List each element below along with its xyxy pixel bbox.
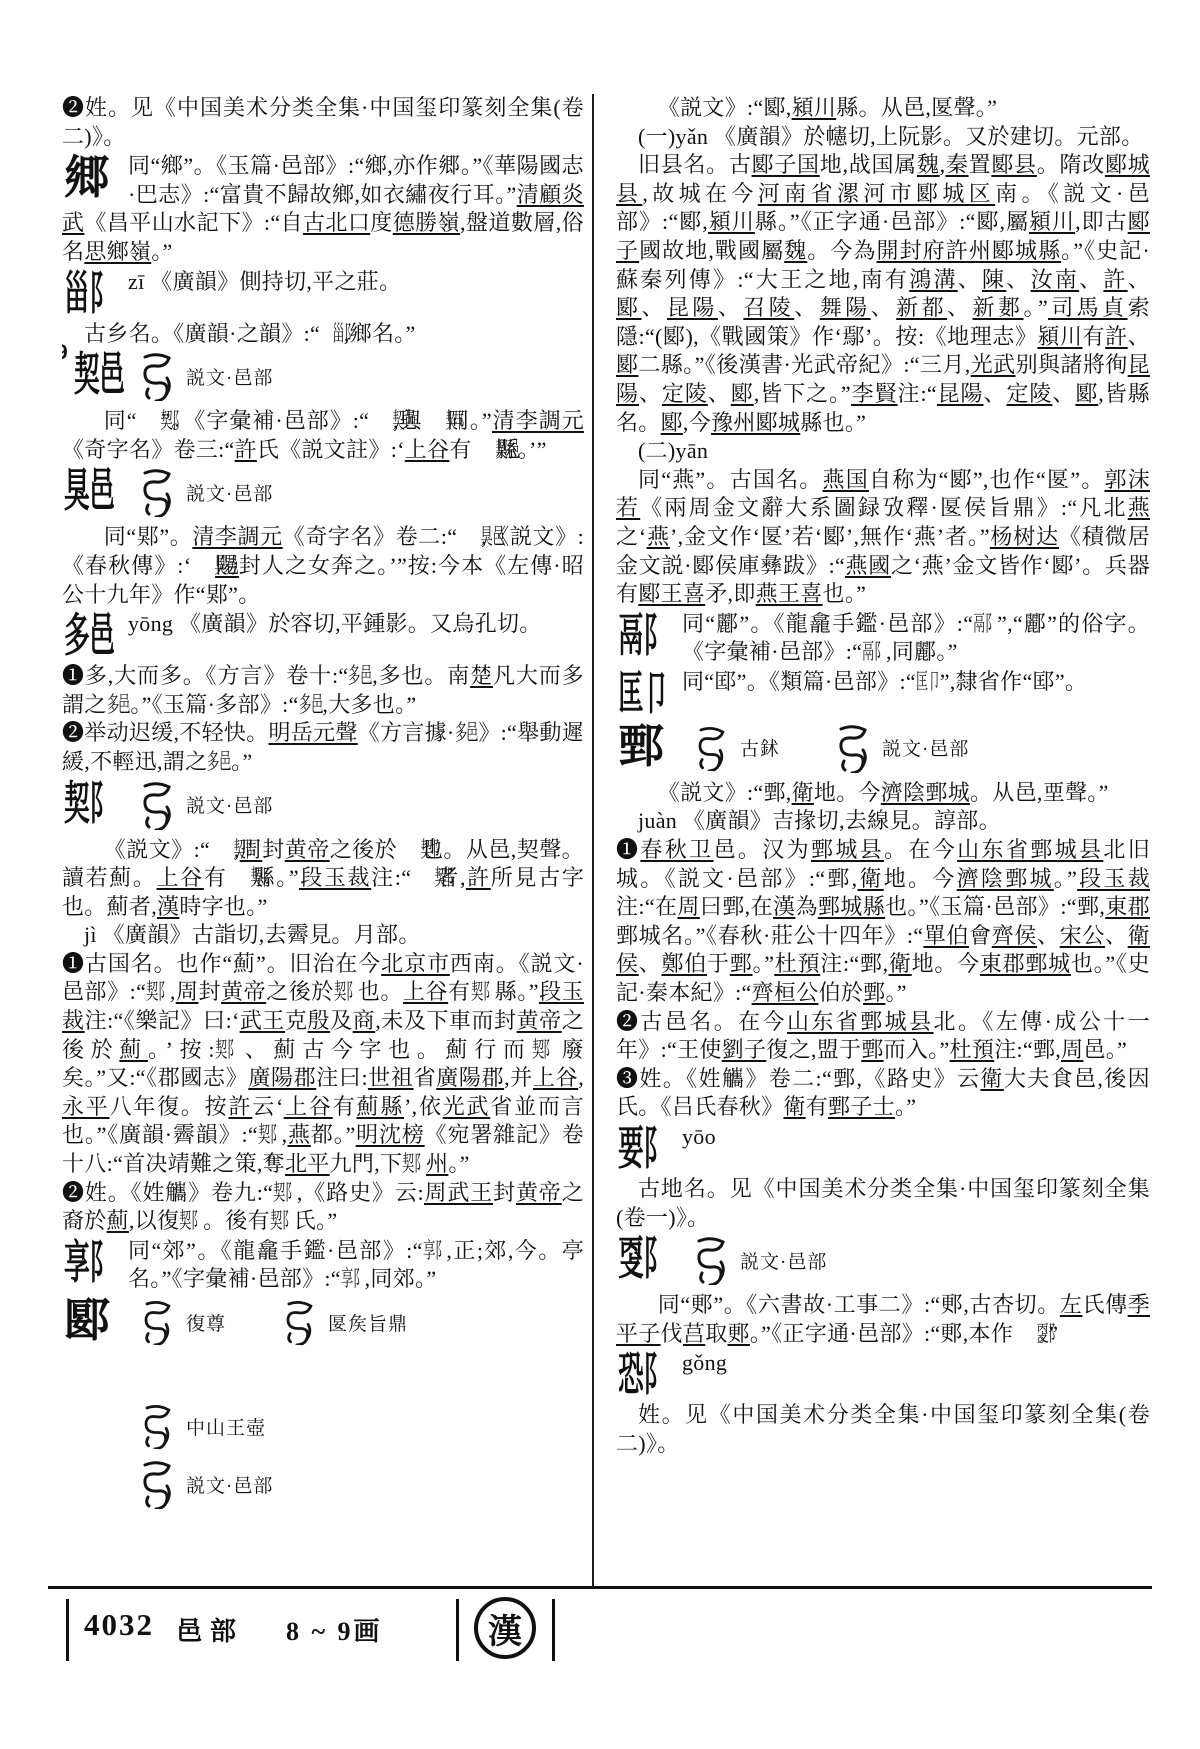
proper-noun-underline: 段玉裁 [299, 865, 371, 890]
proper-noun-underline: 召陵 [743, 295, 794, 320]
composed-glyph: 甾阝 [320, 320, 344, 349]
proper-noun-underline: 單伯 [923, 923, 969, 948]
composed-glyph: 契邑 [74, 349, 126, 401]
proper-noun-underline: 舞陽 [820, 295, 871, 320]
proper-noun-underline: 河南省漯河市郾城区 [758, 181, 995, 206]
proper-noun-underline: 楚 [470, 663, 493, 688]
entry-headword: 恐阝 [616, 1349, 682, 1401]
form-caption: 説文·邑部 [186, 1471, 273, 1498]
proper-noun-underline: 段玉裁 [1077, 866, 1150, 891]
entry-headword: 享阝 [62, 1237, 128, 1289]
proper-noun-underline: 郾子国 [752, 152, 820, 177]
proper-noun-underline: 燕王喜 [756, 581, 823, 606]
dict-entry: 郾 復尊 匽矦旨鼎 中山王壺 説文·邑部 [62, 1295, 584, 1515]
ancient-form-row: 説文·邑部 [692, 1235, 1150, 1285]
proper-noun-underline: 潁川 [792, 95, 837, 120]
proper-noun-underline: 鴻溝 [909, 267, 958, 292]
dict-entry: 契阝 説文·邑部 《説文》:“契阝,周封黄帝之後於契阝也。从邑,契聲。讀若薊。上… [62, 778, 584, 1236]
composed-glyph: 契阝 [411, 864, 435, 893]
proper-noun-underline: 上谷 [157, 865, 204, 890]
proper-noun-underline: 思鄉嶺 [84, 239, 151, 264]
paragraph: 旧县名。古郾子国地,战国属魏,秦置郾县。隋改郾城县,故城在今河南省漯河市郾城区南… [616, 151, 1150, 437]
composed-glyph: 㪅阝 [1013, 1320, 1037, 1349]
composed-glyph: 多邑 [455, 719, 479, 748]
paragraph: ❶多,大而多。《方言》卷十:“多邑,多也。南楚凡大而多謂之多邑。”《玉篇·多部》… [62, 662, 584, 719]
proper-noun-underline: 鄄 [863, 980, 885, 1005]
proper-noun-underline: 莒 [683, 1321, 705, 1346]
proper-noun-underline: 汝南 [1031, 267, 1080, 292]
right-column: 《説文》:“郾,潁川縣。从邑,匽聲。”(一)yǎn 《廣韻》於幰切,上阮影。又於… [592, 94, 1150, 1586]
form-caption: 中山王壺 [186, 1413, 266, 1440]
ancient-form: 匽矦旨鼎 [280, 1297, 408, 1347]
proper-noun-underline: 燕國 [845, 553, 891, 578]
dictionary-page: ❷姓。见《中国美术分类全集·中国玺印篆刻全集(卷二)》。 郷 同“鄉”。《玉篇·… [0, 0, 1200, 1749]
proper-noun-underline: 齊侯 [992, 923, 1037, 948]
paragraph: ❷姓。见《中国美术分类全集·中国玺印篆刻全集(卷二)》。 [62, 94, 584, 151]
entry-body: 同“郊”。《龍龕手鑑·邑部》:“享阝,正;郊,今。亭名。”《字彙補·邑部》:“享… [62, 1237, 584, 1294]
entry-headword: 狊邑 [62, 465, 128, 517]
proper-noun-underline: 山东省鄄城县 [957, 837, 1103, 862]
proper-noun-underline: 許 [1103, 267, 1127, 292]
seal-script-glyph [138, 780, 176, 830]
seal-script-glyph [138, 351, 176, 401]
proper-noun-underline: 沈榜 [379, 1122, 425, 1147]
proper-noun-underline: 黄帝 [517, 1008, 562, 1033]
paragraph: (一)yǎn 《廣韻》於幰切,上阮影。又於建切。元部。 [616, 123, 1150, 152]
composed-glyph: 契阝 [273, 1179, 297, 1208]
proper-noun-underline: 東郡鄄城 [980, 951, 1071, 976]
proper-noun-underline: 濟陰鄄城 [881, 780, 970, 805]
form-caption: 説文·邑部 [186, 363, 273, 390]
proper-noun-underline: 魏 [784, 238, 807, 263]
proper-noun-underline: 北京市 [381, 951, 450, 976]
ancient-script-forms: 復尊 匽矦旨鼎 中山王壺 説文·邑部 [138, 1295, 584, 1515]
proper-noun-underline: 東郡 [1105, 894, 1150, 919]
ancient-form-row: 説文·邑部 [138, 467, 584, 517]
paragraph: yōo [616, 1123, 1150, 1175]
proper-noun-underline: 清 [517, 182, 540, 207]
ancient-form: 説文·邑部 [138, 1459, 273, 1509]
proper-noun-underline: 鄭伯 [662, 951, 708, 976]
entry-body: 《説文》:“鄄,衛地。今濟陰鄄城。从邑,垔聲。”juàn 《廣韻》吉掾切,去線見… [616, 779, 1150, 1122]
dict-entry: 匡卩 同“邼”。《類篇·邑部》:“匡卩”,隸省作“邼”。 [616, 668, 1150, 720]
paragraph: gǒng [616, 1349, 1150, 1401]
paragraph: 同“鄉”。《玉篇·邑部》:“鄉,亦作郷。”《華陽國志·巴志》:“富貴不歸故鄉,如… [62, 152, 584, 266]
proper-noun-underline: 杜預 [950, 1037, 995, 1062]
form-caption: 復尊 [186, 1309, 226, 1336]
proper-noun-underline: 濟陰鄄城 [957, 866, 1054, 891]
composed-glyph: 㪅阝 [618, 1233, 670, 1285]
proper-noun-underline: 定陵 [1006, 381, 1052, 406]
ancient-form: 説文·邑部 [138, 467, 273, 517]
entry-headword: 匡卩 [616, 668, 682, 720]
proper-noun-underline: 周 [677, 894, 699, 919]
form-caption: 説文·邑部 [740, 1247, 827, 1274]
proper-noun-underline: 李調元 [215, 524, 283, 549]
proper-noun-underline: 杜預 [774, 951, 820, 976]
proper-noun-underline: 定陵 [662, 381, 708, 406]
dict-entry: 鄄 古鉥 説文·邑部 《説文》:“鄄,衛地。今濟陰鄄城。从邑,垔聲。”juàn … [616, 721, 1150, 1122]
proper-noun-underline: 卫 [689, 837, 713, 862]
form-caption: 説文·邑部 [882, 734, 969, 761]
proper-noun-underline: 許 [235, 437, 257, 462]
ancient-form-row: 説文·邑部 [138, 351, 584, 401]
paragraph: 同“契阝”。《字彙補·邑部》:“契邑,與契阝同。”清李調元《奇字名》卷三:“許氏… [62, 407, 584, 464]
entry-body: 同“郹”。清李調元《奇字名》卷二:“狊邑,《説文》:《春秋傳》:‘狊邑陽封人之女… [62, 523, 584, 609]
proper-noun-underline: 郾王喜 [638, 581, 705, 606]
form-caption: 説文·邑部 [186, 791, 273, 818]
proper-noun-underline: 郾 [661, 410, 683, 435]
composed-glyph: 匡卩 [916, 668, 940, 697]
entry-body: 同“郠”。《六書故·工事二》:“郠,古杏切。左氏傳季平子伐莒取郠。”《正字通·邑… [616, 1291, 1150, 1348]
composed-glyph: 鬲阝 [862, 638, 886, 667]
paragraph: 同“郊”。《龍龕手鑑·邑部》:“享阝,正;郊,今。亭名。”《字彙補·邑部》:“享… [62, 1237, 584, 1294]
proper-noun-underline: 郭沫若 [616, 467, 1150, 521]
entry-body: 同“邼”。《類篇·邑部》:“匡卩”,隸省作“邼”。 [616, 668, 1150, 720]
proper-noun-underline: 漢 [157, 894, 179, 919]
composed-glyph: 契邑 [369, 407, 393, 436]
dict-entry: 要阝 yōo古地名。见《中国美术分类全集·中国玺印篆刻全集(卷一)》。 [616, 1123, 1150, 1232]
entry-body: zī 《廣韻》側持切,平之莊。古乡名。《廣韻·之韻》:“甾阝,鄉名。” [62, 268, 584, 349]
seal-script-glyph [834, 723, 872, 773]
ancient-form: 説文·邑部 [834, 723, 969, 773]
proper-noun-underline: 左 [1060, 1292, 1083, 1317]
proper-noun-underline: 李賢 [851, 381, 898, 406]
composed-glyph: 享阝 [341, 1265, 365, 1294]
proper-noun-underline: 上谷 [284, 1094, 333, 1119]
paragraph: 同“邼”。《類篇·邑部》:“匡卩”,隸省作“邼”。 [616, 668, 1150, 720]
paragraph: juàn 《廣韻》吉掾切,去線見。諄部。 [616, 807, 1150, 836]
entry-headword: 要阝 [616, 1123, 682, 1175]
composed-glyph: 契邑 [472, 436, 496, 465]
proper-noun-underline: 陳 [982, 267, 1006, 292]
ancient-script-forms: 説文·邑部 [138, 778, 584, 836]
proper-noun-underline: 宋公 [1060, 923, 1105, 948]
composed-glyph: 多邑 [207, 748, 231, 777]
composed-glyph: 狊邑 [457, 523, 481, 552]
paragraph: jì 《廣韻》古詣切,去霽見。月部。 [62, 921, 584, 950]
proper-noun-underline: 許 [1105, 324, 1128, 349]
proper-noun-underline: 黄帝 [285, 837, 330, 862]
paragraph: 同“郠”。《六書故·工事二》:“郠,古杏切。左氏傳季平子伐莒取郠。”《正字通·邑… [616, 1291, 1150, 1348]
entry-body: yōo古地名。见《中国美术分类全集·中国玺印篆刻全集(卷一)》。 [616, 1123, 1150, 1232]
ancient-form: 中山王壺 [138, 1401, 266, 1451]
ancient-form-row: 説文·邑部 [138, 1459, 584, 1509]
composed-glyph: 多邑 [64, 610, 116, 662]
composed-glyph: 享阝 [423, 1237, 447, 1266]
ancient-script-forms: 説文·邑部 [692, 1233, 1150, 1291]
composed-glyph: 契阝 [422, 407, 446, 436]
proper-noun-underline: 郾 [616, 352, 638, 377]
paragraph: ❸姓。《姓觿》卷二:“鄄,《路史》云衛大夫食邑,後因氏。《吕氏春秋》衛有鄄子士。… [616, 1065, 1150, 1122]
dict-entry: 狊邑 説文·邑部 同“郹”。清李調元《奇字名》卷二:“狊邑,《説文》:《春秋傳》… [62, 465, 584, 609]
dict-entry: 恐阝 gǒng姓。见《中国美术分类全集·中国玺印篆刻全集(卷二)》。 [616, 1349, 1150, 1458]
stroke-range-label: 8 ~ 9画 [286, 1611, 383, 1648]
paragraph: 同“燕”。古国名。燕国自称为“郾”,也作“匽”。郭沫若《兩周金文辭大系圖録攷釋·… [616, 466, 1150, 609]
footer-tick-left [66, 1599, 69, 1661]
proper-noun-underline: 豫州郾城 [711, 410, 800, 435]
dict-entry: 㪅阝 説文·邑部 同“郠”。《六書故·工事二》:“郠,古杏切。左氏傳季平子伐莒取… [616, 1233, 1150, 1348]
paragraph: ❶春秋卫邑。汉为鄄城县。在今山东省鄄城县北旧城。《説文·邑部》:“鄄,衛地。今濟… [616, 836, 1150, 1008]
proper-noun-underline: 狊邑陽 [191, 553, 239, 578]
radical-label: 邑部 [176, 1611, 244, 1648]
paragraph: 同“酈”。《龍龕手鑑·邑部》:“鬲阝”,“酈”的俗字。《字彙補·邑部》:“鬲阝,… [616, 610, 1150, 667]
proper-noun-underline: 潁川 [708, 209, 755, 234]
ancient-form: 説文·邑部 [138, 351, 273, 401]
dict-entry: 郷 同“鄉”。《玉篇·邑部》:“鄉,亦作郷。”《華陽國志·巴志》:“富貴不歸故鄉… [62, 152, 584, 266]
entry-headword: 㪅阝 [616, 1233, 682, 1285]
proper-noun-underline: 鄄城縣 [818, 894, 885, 919]
dict-entry: 甾阝 zī 《廣韻》側持切,平之莊。古乡名。《廣韻·之韻》:“甾阝,鄉名。” [62, 268, 584, 349]
form-caption: 説文·邑部 [186, 479, 273, 506]
composed-glyph: 甾阝 [64, 268, 116, 320]
composed-glyph: 多邑 [107, 691, 131, 720]
page-content: ❷姓。见《中国美术分类全集·中国玺印篆刻全集(卷二)》。 郷 同“鄉”。《玉篇·… [62, 94, 1150, 1586]
entry-headword: 甾阝 [62, 268, 128, 320]
proper-noun-underline: 許 [466, 865, 491, 890]
proper-noun-underline: 清 [492, 408, 516, 433]
proper-noun-underline: 郾县 [991, 152, 1036, 177]
entry-body: gǒng姓。见《中国美术分类全集·中国玺印篆刻全集(卷二)》。 [616, 1349, 1150, 1458]
paragraph: ❷古邑名。在今山东省鄄城县北。《左傳·成公十一年》:“王使劉子復之,盟于鄄而入。… [616, 1008, 1150, 1065]
bronze-inscription-glyph [138, 1298, 175, 1346]
proper-noun-underline: 開封府許州郾城縣 [877, 238, 1062, 263]
form-caption: 匽矦旨鼎 [328, 1309, 408, 1336]
proper-noun-underline: 昆陽 [937, 381, 984, 406]
composed-glyph: 契阝 [471, 978, 495, 1007]
entry-body: 同“鄉”。《玉篇·邑部》:“鄉,亦作郷。”《華陽國志·巴志》:“富貴不歸故鄉,如… [62, 152, 584, 266]
paragraph: 《説文》:“郾,潁川縣。从邑,匽聲。” [616, 94, 1150, 123]
composed-glyph: 契阝 [137, 407, 161, 436]
proper-noun-underline: 杨树达 [990, 524, 1059, 549]
proper-noun-underline: 秦 [945, 152, 968, 177]
footer-tick-mid [456, 1599, 459, 1661]
proper-noun-underline: 衛 [980, 1066, 1003, 1091]
paragraph: 姓。见《中国美术分类全集·中国玺印篆刻全集(卷二)》。 [616, 1401, 1150, 1458]
ancient-form-row: 復尊 匽矦旨鼎 中山王壺 [138, 1297, 584, 1451]
page-number: 4032 [84, 1607, 154, 1643]
proper-noun-underline: 漢 [773, 894, 795, 919]
ancient-form: 古鉥 [692, 723, 780, 773]
composed-glyph: 享阝 [64, 1237, 116, 1289]
composed-glyph: 多邑 [299, 691, 323, 720]
dict-entry: 9 契邑 説文·邑部 同“契阝”。《字彙補·邑部》:“契邑,與契阝同。”清李調元… [62, 349, 584, 464]
composed-glyph: 恐阝 [618, 1349, 670, 1401]
proper-noun-underline: 郾 [616, 295, 641, 320]
proper-noun-underline: 許 [228, 1094, 252, 1119]
dict-entry: 鬲阝 同“酈”。《龍龕手鑑·邑部》:“鬲阝”,“酈”的俗字。《字彙補·邑部》:“… [616, 610, 1150, 667]
proper-noun-underline: 潁川 [1029, 209, 1075, 234]
ancient-form: 復尊 [138, 1297, 226, 1347]
entry-body: 同“契阝”。《字彙補·邑部》:“契邑,與契阝同。”清李調元《奇字名》卷三:“許氏… [62, 407, 584, 464]
ancient-script-forms: 説文·邑部 [138, 465, 584, 523]
proper-noun-underline: 廣陽郡 [436, 1065, 504, 1090]
proper-noun-underline: 鄄子士 [828, 1094, 895, 1119]
entry-headword: 多邑 [62, 610, 128, 662]
proper-noun-underline: 李調元 [516, 408, 584, 433]
proper-noun-underline: 古北口 [303, 210, 370, 235]
proper-noun-underline: 司馬貞 [1048, 295, 1128, 320]
paragraph: ❷举动迟缓,不轻快。明岳元聲《方言據·多邑》:“舉動遲緩,不輕迅,謂之多邑。” [62, 719, 584, 776]
left-column: ❷姓。见《中国美术分类全集·中国玺印篆刻全集(卷二)》。 郷 同“鄉”。《玉篇·… [62, 94, 584, 1586]
proper-noun-underline: 鄄 [730, 951, 753, 976]
proper-noun-underline: 薊縣 [356, 1094, 404, 1119]
composed-glyph: 契阝 [402, 1150, 426, 1179]
composed-glyph: 契阝 [227, 864, 251, 893]
bronze-inscription-glyph [692, 724, 729, 772]
proper-noun-underline: 新都 [896, 295, 947, 320]
proper-noun-underline: 燕国 [823, 467, 869, 492]
proper-noun-underline: 魏 [917, 152, 940, 177]
proper-noun-underline: 衛 [857, 866, 883, 891]
entry-headword: 契邑 [72, 349, 138, 401]
composed-glyph: 契阝 [64, 778, 116, 830]
composed-glyph: 契阝 [179, 1207, 203, 1236]
composed-glyph: 鬲阝 [973, 610, 997, 639]
proper-noun-underline: 上谷 [533, 1065, 578, 1090]
ancient-script-forms: 古鉥 説文·邑部 [692, 721, 1150, 779]
paragraph: yōng 《廣韻》於容切,平鍾影。又烏孔切。 [62, 610, 584, 662]
proper-noun-underline: 周 [176, 979, 199, 1004]
paragraph: 《説文》:“契阝,周封黄帝之後於契阝也。从邑,契聲。讀若薊。上谷有契阝縣。”段玉… [62, 836, 584, 922]
proper-noun-underline: 商 [353, 1008, 376, 1033]
composed-glyph: 契阝 [270, 1207, 294, 1236]
proper-noun-underline: 上谷 [405, 437, 450, 462]
proper-noun-underline: 郾 [731, 381, 754, 406]
proper-noun-underline: 昆陽 [667, 295, 718, 320]
proper-noun-underline: 衛 [783, 1094, 805, 1119]
proper-noun-underline: 德勝嶺 [393, 210, 460, 235]
entry-headword: 郾 [62, 1295, 128, 1347]
proper-noun-underline: 新郪 [973, 295, 1024, 320]
dict-entry: 享阝 同“郊”。《龍龕手鑑·邑部》:“享阝,正;郊,今。亭名。”《字彙補·邑部》… [62, 1237, 584, 1294]
proper-noun-underline: 世祖 [368, 1065, 414, 1090]
proper-noun-underline: 齊桓公 [752, 980, 819, 1005]
bronze-inscription-glyph [280, 1298, 317, 1346]
proper-noun-underline: 上谷 [403, 979, 448, 1004]
entry-headword: 郷 [62, 152, 128, 204]
proper-noun-underline: 郠 [728, 1321, 750, 1346]
composed-glyph: 鬲阝 [618, 610, 670, 662]
proper-noun-underline: 鄄 [861, 1037, 883, 1062]
ancient-script-forms: 説文·邑部 [138, 349, 584, 407]
proper-noun-underline: 光武 [971, 352, 1016, 377]
proper-noun-underline: 劉子 [722, 1037, 767, 1062]
proper-noun-underline: 燕 [1128, 495, 1150, 520]
proper-noun-underline: 廣陽郡 [248, 1065, 316, 1090]
proper-noun-underline: 殷 [308, 1008, 331, 1033]
proper-noun-underline: 永平 [62, 1094, 110, 1119]
composed-glyph: 匡卩 [618, 668, 670, 720]
page-footer: 4032 邑部 8 ~ 9画 漢 [48, 1586, 1152, 1681]
composed-glyph: 多邑 [348, 662, 372, 691]
composed-glyph: 契阝 [397, 836, 421, 865]
paragraph: ❶古国名。也作“薊”。旧治在今北京市西南。《説文·邑部》:“契阝,周封黄帝之後於… [62, 950, 584, 1179]
composed-glyph: 契阝 [258, 1121, 282, 1150]
proper-noun-underline: 郾 [1075, 381, 1098, 406]
seal-script-glyph [138, 467, 176, 517]
seal-script-glyph [138, 1459, 176, 1509]
proper-noun-underline: 燕 [287, 1122, 310, 1147]
entry-body: 《説文》:“契阝,周封黄帝之後於契阝也。从邑,契聲。讀若薊。上谷有契阝縣。”段玉… [62, 836, 584, 1236]
ancient-form-row: 説文·邑部 [138, 780, 584, 830]
composed-glyph: 契阝 [146, 978, 170, 1007]
proper-noun-underline: 潁川 [1037, 324, 1082, 349]
paragraph: ❷姓。《姓觿》卷九:“契阝,《路史》云:周武王封黄帝之裔於薊,以復契阝。後有契阝… [62, 1179, 584, 1236]
composed-glyph: 狊邑 [64, 465, 116, 517]
proper-noun-underline: 周 [1061, 1037, 1083, 1062]
proper-noun-underline: 衛 [792, 780, 814, 805]
form-caption: 古鉥 [740, 734, 780, 761]
seal-script-glyph [692, 1235, 730, 1285]
paragraph: 古乡名。《廣韻·之韻》:“甾阝,鄉名。” [62, 320, 584, 349]
proper-noun-underline: 光武 [443, 1094, 491, 1119]
ancient-form: 説文·邑部 [138, 780, 273, 830]
proper-noun-underline: 薊 [107, 1208, 129, 1233]
ancient-form: 説文·邑部 [692, 1235, 827, 1285]
proper-noun-underline: 黄帝 [221, 979, 266, 1004]
entry-headword: 契阝 [62, 778, 128, 830]
proper-noun-underline: 岳元聲 [291, 720, 358, 745]
proper-noun-underline: 北平 [285, 1151, 330, 1176]
proper-noun-underline: 燕 [647, 524, 670, 549]
publisher-seal-logo: 漢 [474, 1597, 536, 1659]
proper-noun-underline: 武王 [240, 1008, 285, 1033]
composed-glyph: 契阝 [210, 836, 234, 865]
proper-noun-underline: 薊 [119, 1037, 148, 1062]
composed-glyph: 契阝 [532, 1036, 556, 1065]
proper-noun-underline: 契阝州 [402, 1151, 448, 1176]
entry-body: yōng 《廣韻》於容切,平鍾影。又烏孔切。❶多,大而多。《方言》卷十:“多邑,… [62, 610, 584, 776]
entry-headword: 鄄 [616, 721, 682, 773]
entry-body: 同“酈”。《龍龕手鑑·邑部》:“鬲阝”,“酈”的俗字。《字彙補·邑部》:“鬲阝,… [616, 610, 1150, 667]
stroke-section-number: 9 [62, 341, 72, 365]
ancient-form-row: 古鉥 説文·邑部 [692, 723, 1150, 773]
proper-noun-underline: 周武王 [424, 1180, 493, 1205]
footer-tick-right [552, 1599, 555, 1661]
paragraph: zī 《廣韻》側持切,平之莊。 [62, 268, 584, 320]
proper-noun-underline: 明 [356, 1122, 379, 1147]
paragraph: 同“郹”。清李調元《奇字名》卷二:“狊邑,《説文》:《春秋傳》:‘狊邑陽封人之女… [62, 523, 584, 609]
proper-noun-underline: 黄帝 [516, 1180, 562, 1205]
proper-noun-underline: 鄄城县 [811, 837, 884, 862]
paragraph: 《説文》:“鄄,衛地。今濟陰鄄城。从邑,垔聲。” [616, 779, 1150, 808]
dict-entry: 多邑 yōng 《廣韻》於容切,平鍾影。又烏孔切。❶多,大而多。《方言》卷十:“… [62, 610, 584, 776]
composed-glyph: 狊邑 [191, 552, 215, 581]
composed-glyph: 契阝 [215, 1036, 239, 1065]
composed-glyph: 契阝 [334, 978, 358, 1007]
bronze-inscription-glyph [138, 1402, 175, 1450]
composed-glyph: 要阝 [618, 1123, 670, 1175]
proper-noun-underline: 山东省鄄城县 [787, 1009, 934, 1034]
paragraph: 古地名。见《中国美术分类全集·中国玺印篆刻全集(卷一)》。 [616, 1175, 1150, 1232]
proper-noun-underline: 明 [269, 720, 291, 745]
proper-noun-underline: 衛 [888, 951, 911, 976]
proper-noun-underline: 春秋 [640, 837, 689, 862]
proper-noun-underline: 清 [192, 524, 215, 549]
paragraph: (二)yān [616, 437, 1150, 466]
entry-headword: 鬲阝 [616, 610, 682, 662]
